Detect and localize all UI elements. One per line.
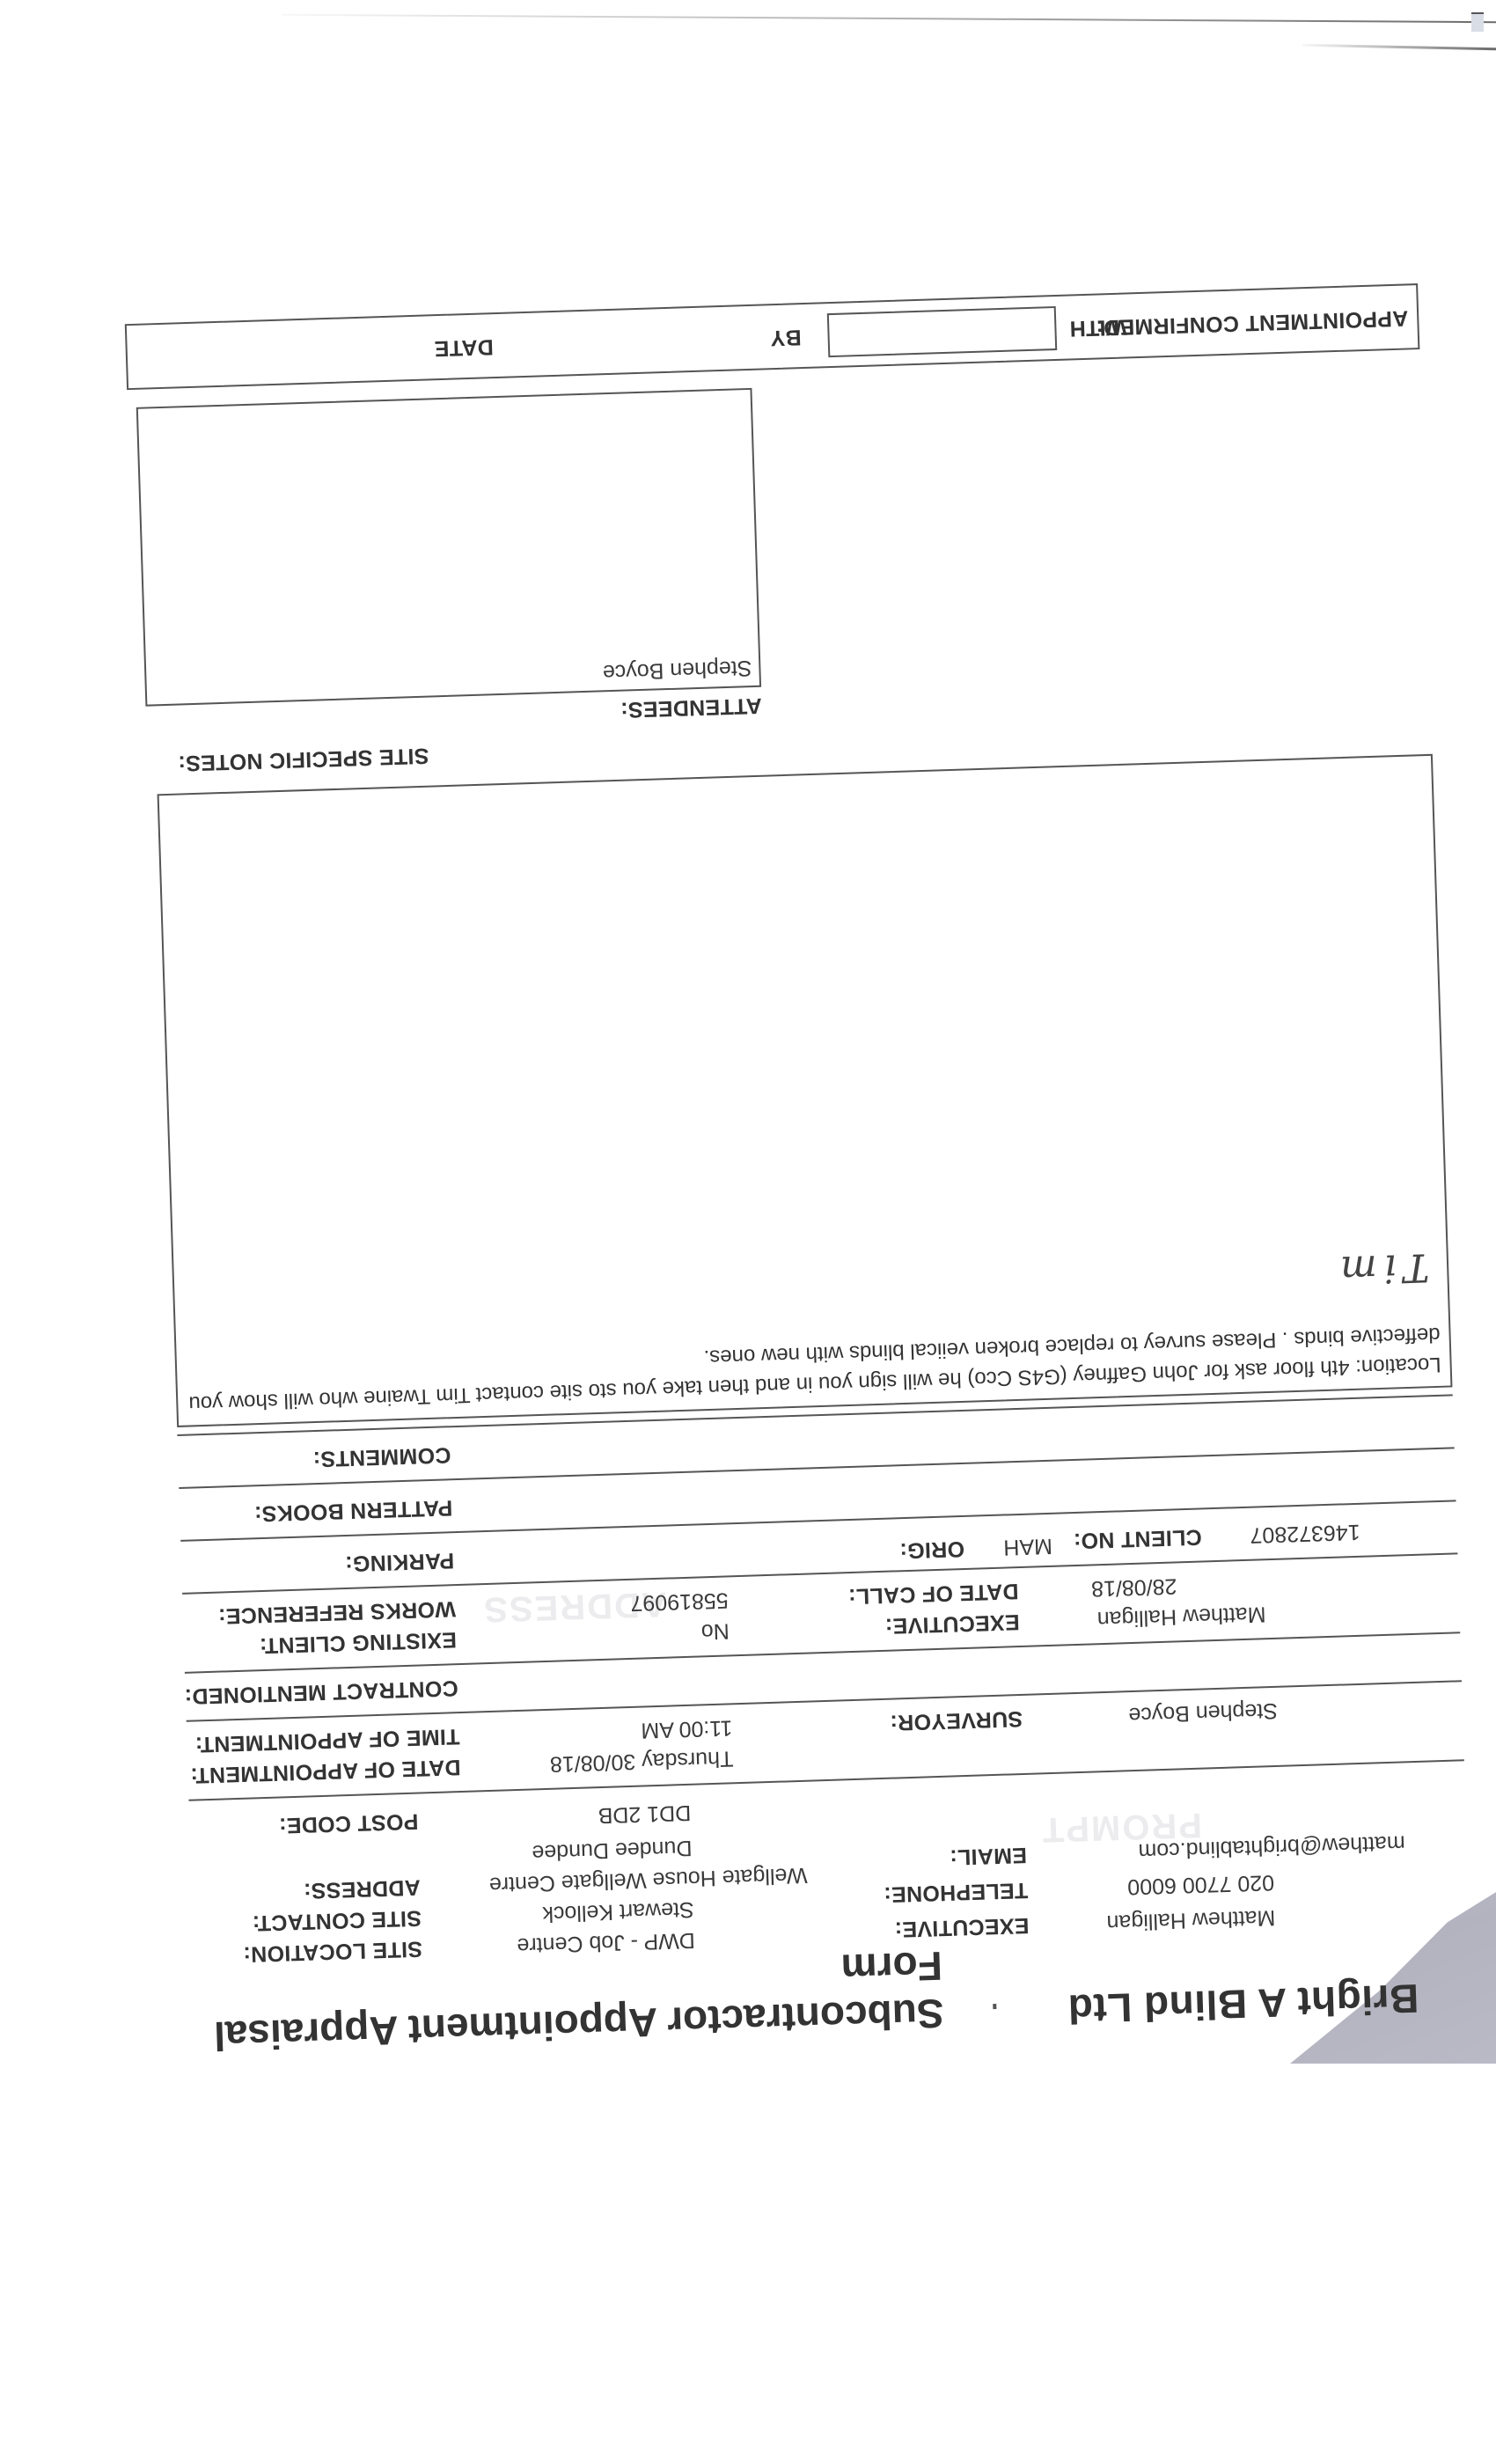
handwritten-note: Tim xyxy=(1332,1244,1430,1292)
client-no-label: CLIENT NO: xyxy=(1073,1523,1202,1553)
pattern-books-label: PATTERN BOOKS: xyxy=(253,1494,452,1526)
contract-mentioned-label: CONTRACT MENTIONED: xyxy=(184,1675,458,1709)
appointment-confirmed-label: APPOINTMENT CONFIRMED: xyxy=(1096,304,1409,340)
client-no-value: 146372807 xyxy=(1250,1519,1360,1548)
existing-client-value: No xyxy=(700,1617,730,1644)
appointment-confirmed-bar: APPOINTMENT CONFIRMED: WITH BY DATE xyxy=(125,283,1420,390)
email-label: EMAIL: xyxy=(950,1842,1028,1870)
post-code-label: POST CODE: xyxy=(278,1808,418,1838)
date-of-call-value: 28/08/18 xyxy=(1091,1573,1177,1601)
date-of-call-label: DATE OF CALL: xyxy=(847,1578,1019,1609)
site-specific-notes-label: SITE SPECIFIC NOTES: xyxy=(178,743,429,776)
with-field[interactable] xyxy=(827,306,1057,357)
address-line-1: Wellgate House Wellgate Centre xyxy=(488,1862,808,1897)
date-of-appointment-label: DATE OF APPOINTMENT: xyxy=(190,1754,461,1788)
attendee-name: Stephen Boyce xyxy=(602,655,752,685)
surveyor-value: Stephen Boyce xyxy=(1128,1698,1278,1727)
scan-edge-line xyxy=(1302,44,1496,51)
orig-value: MAH xyxy=(1003,1533,1052,1560)
date-label: DATE xyxy=(434,334,494,361)
post-code-value: DD1 2DB xyxy=(598,1800,691,1828)
time-of-appointment-value: 11:00 AM xyxy=(641,1714,733,1742)
executive-label: EXECUTIVE: xyxy=(894,1912,1030,1942)
telephone-value: 020 7700 6000 xyxy=(1127,1869,1275,1899)
with-label: WITH xyxy=(1069,313,1127,341)
parking-label: PARKING: xyxy=(345,1547,455,1576)
executive-value: Matthew Halligan xyxy=(1106,1904,1276,1935)
blank-scan-area xyxy=(0,2064,1496,2464)
attendees-label: ATTENDEES: xyxy=(620,693,762,722)
attendees-box: Stephen Boyce xyxy=(136,388,761,707)
comments-box: Location: 4th floor ask for John Gaffney… xyxy=(158,754,1453,1427)
date-of-appointment-value: Thursday 30/08/18 xyxy=(549,1745,733,1777)
works-reference-value: 55819097 xyxy=(630,1587,729,1615)
comments-text: Location: 4th floor ask for John Gaffney… xyxy=(186,1319,1441,1419)
works-reference-label: WORKS REFERENCE: xyxy=(217,1595,456,1628)
address-label: ADDRESS: xyxy=(303,1874,421,1903)
executive-2-value: Matthew Halligan xyxy=(1096,1601,1266,1632)
by-label: BY xyxy=(770,324,802,350)
address-line-2: Dundee Dundee xyxy=(532,1835,693,1866)
surveyor-label: SURVEYOR: xyxy=(890,1705,1023,1735)
orig-label: ORIG: xyxy=(899,1536,965,1563)
form-header: Bright A Blind Ltd Subcontractor Appoint… xyxy=(178,1961,1420,2061)
time-of-appointment-label: TIME OF APPOINTMENT: xyxy=(194,1723,460,1756)
executive-2-label: EXECUTIVE: xyxy=(884,1609,1020,1639)
scan-edge-tab xyxy=(1471,12,1484,32)
existing-client-label: EXISTING CLIENT: xyxy=(259,1626,457,1658)
telephone-label: TELEPHONE: xyxy=(884,1877,1029,1907)
scan-edge-line xyxy=(282,14,1496,23)
site-contact-value: Stewart Kellock xyxy=(542,1896,694,1926)
site-contact-label: SITE CONTACT: xyxy=(252,1905,422,1936)
scanned-form-page: Bright A Blind Ltd Subcontractor Appoint… xyxy=(102,112,1474,2097)
header-dot xyxy=(993,2004,996,2009)
comments-label: COMMENTS: xyxy=(312,1441,451,1471)
